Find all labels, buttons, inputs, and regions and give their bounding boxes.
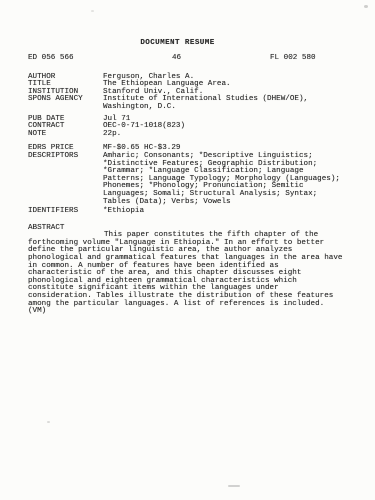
document-resume-page: DOCUMENT RESUME ED 056 566 46 FL 002 580… [0, 0, 375, 500]
scan-speck [91, 10, 94, 12]
field-value: 22p. [103, 131, 367, 139]
scan-speck [228, 485, 240, 487]
center-number: 46 [172, 55, 181, 63]
field-value: OEC-0-71-1018(823) [103, 123, 367, 131]
field-row-note: NOTE 22p. [28, 131, 367, 139]
abstract-text: This paper constitutes the fifth chapter… [28, 232, 369, 316]
scan-speck [364, 5, 368, 8]
field-label: NOTE [28, 131, 103, 139]
field-row-identifiers: IDENTIFIERS *Ethiopia [28, 208, 367, 216]
field-value: Institute of International Studies (DHEW… [103, 96, 367, 111]
document-id-row: ED 056 566 46 FL 002 580 [0, 55, 375, 64]
field-value: Amharic; Consonants; *Descriptive Lingui… [103, 153, 367, 206]
scan-speck [47, 421, 50, 423]
document-resume-heading: DOCUMENT RESUME [0, 0, 355, 48]
field-label: IDENTIFIERS [28, 208, 103, 216]
abstract-section: ABSTRACT This paper constitutes the fift… [0, 225, 375, 316]
clearinghouse-number: FL 002 580 [270, 55, 316, 63]
field-row-pub-date: PUB DATE Jul 71 [28, 116, 367, 124]
metadata-block: AUTHOR Ferguson, Charles A. TITLE The Et… [0, 74, 375, 216]
field-label: SPONS AGENCY [28, 96, 103, 104]
ed-number: ED 056 566 [28, 54, 74, 62]
field-row-spons-agency: SPONS AGENCY Institute of International … [28, 96, 367, 111]
field-label: DESCRIPTORS [28, 153, 103, 161]
field-value: *Ethiopia [103, 208, 367, 216]
field-row-contract: CONTRACT OEC-0-71-1018(823) [28, 123, 367, 131]
field-row-descriptors: DESCRIPTORS Amharic; Consonants; *Descri… [28, 153, 367, 206]
